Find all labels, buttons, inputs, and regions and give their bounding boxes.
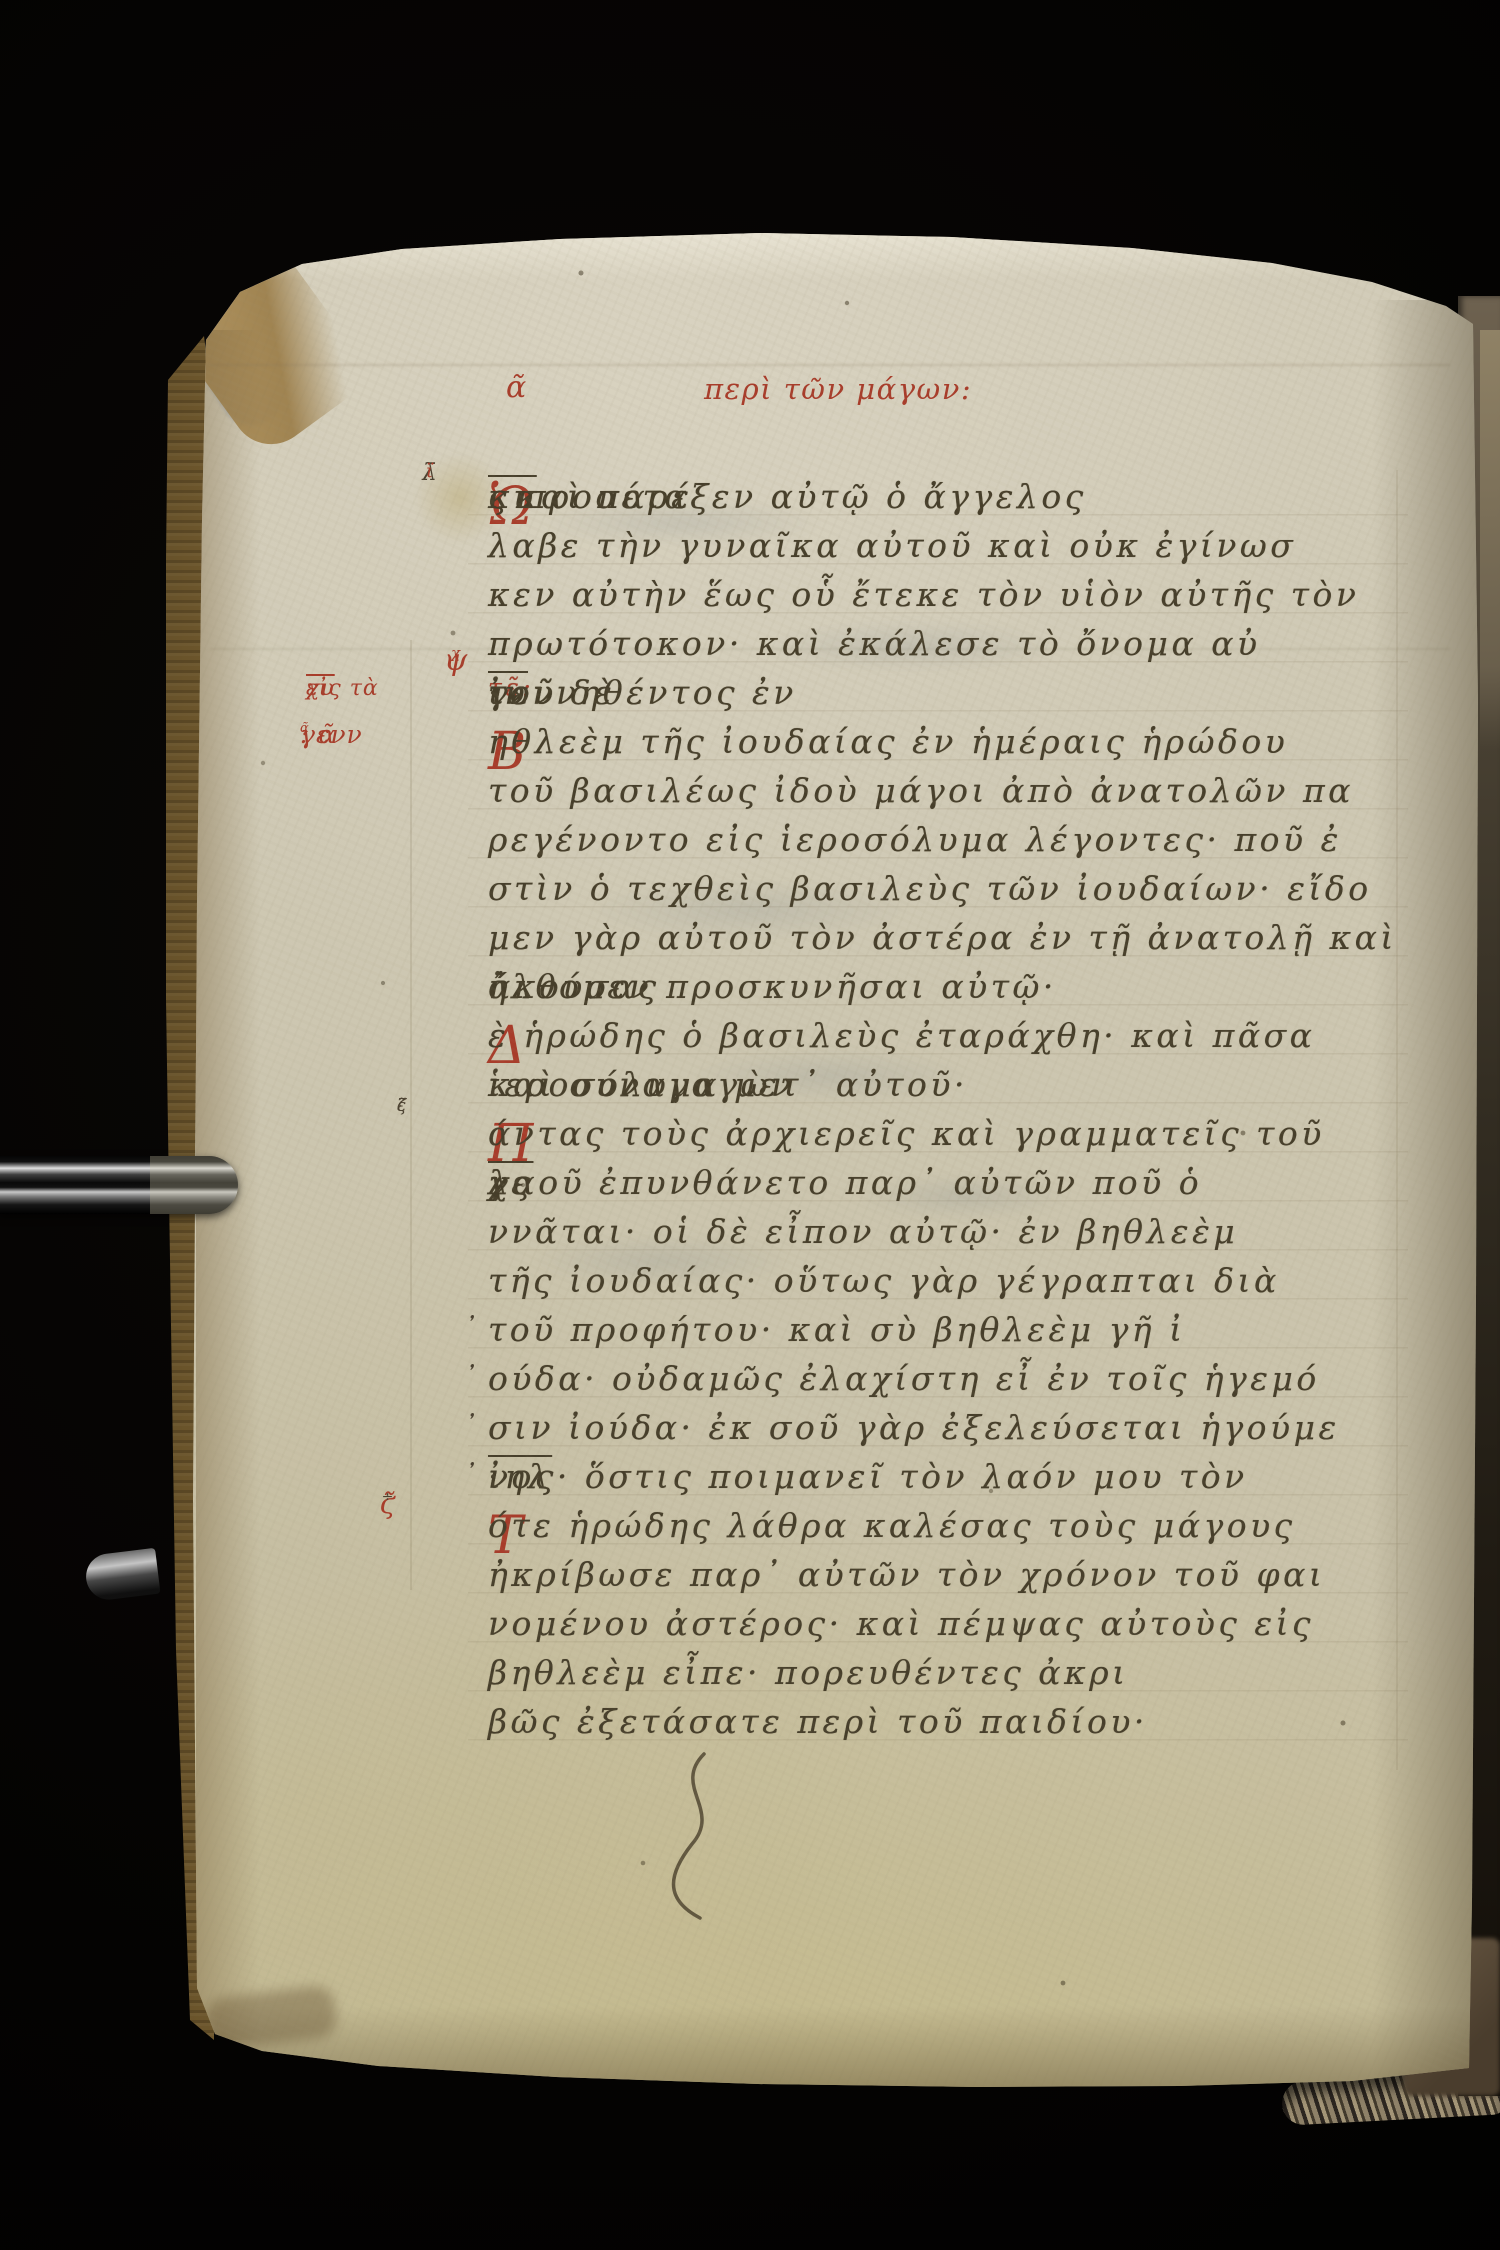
margin-glyph: ζ xyxy=(397,1098,407,1115)
text-line: ρεγένοντο εἰς ἱεροσόλυμα λέγοντες· ποῦ ἐ xyxy=(488,820,1418,869)
text-segment: · xyxy=(488,1457,502,1496)
text-segment: καὶ συναγαγὼν xyxy=(488,1065,795,1104)
margin-glyph: χυ xyxy=(306,678,335,700)
kephalaion-number: ᾶ xyxy=(506,370,527,405)
rubric-initial: Β xyxy=(488,722,526,782)
text-segment: ούδα· οὐδαμῶς ἐλαχίστη εἶ ἐν τοῖς ἡγεμό xyxy=(488,1359,1320,1398)
text-segment: πρωτότοκον· καὶ ἐκάλεσε τὸ ὄνομα αὐ xyxy=(488,624,1261,663)
nomen-sacrum: κυ xyxy=(488,477,537,516)
text-segment: στὶν ὁ τεχθεὶς βασιλεὺς τῶν ἰουδαίων· εἴ… xyxy=(488,869,1372,908)
bottom-left-stain xyxy=(203,1984,338,2051)
text-segment: γε xyxy=(488,1163,532,1202)
fold-line xyxy=(210,648,1450,650)
glass-weight-rod xyxy=(0,1156,238,1214)
margin-glyph: ᾽ xyxy=(464,1414,478,1440)
text-line: ἱεροσόλυμα μετ᾽ αὐτοῦ·καὶ συναγαγὼν xyxy=(488,1065,1418,1114)
text-line: Τότε ἡρώδης λάθρα καλέσας τοὺς μάγους xyxy=(488,1506,1418,1555)
text-line: βῶς ἐξετάσατε περὶ τοῦ παιδίου· xyxy=(488,1702,1418,1751)
text-line: ἠκρίβωσε παρ᾽ αὐτῶν τὸν χρόνον τοῦ φαι xyxy=(488,1555,1418,1604)
nomen-sacrum: χς xyxy=(488,1163,533,1202)
margin-ruling-line xyxy=(410,640,412,1590)
text-segment: σιν ἰούδα· ἐκ σοῦ γὰρ ἐξελεύσεται ἡγούμε xyxy=(488,1408,1340,1447)
photo-background: ᾶ περὶ τῶν μάγων: Ὡς προσέταξεν αὐτῷ ὁ ἄ… xyxy=(0,0,1500,2250)
margin-glyph: εἰς τὰ xyxy=(306,678,379,700)
rubric-initial: Δ xyxy=(488,1016,526,1076)
text-line: τοῦ προφήτου· καὶ σὺ βηθλεὲμ γῆ ἰ xyxy=(488,1310,1418,1359)
nomen-sacrum: ἰυ xyxy=(488,673,528,712)
horizontal-ruling xyxy=(468,514,1408,1749)
text-line: τῆς ἰουδαίας· οὕτως γὰρ γέγραπται διὰ xyxy=(488,1261,1418,1310)
text-segment: κεν αὐτὴν ἕως οὗ ἔτεκε τὸν υἱὸν αὐτῆς τὸ… xyxy=(488,575,1359,614)
text-segment: μεν γὰρ αὐτοῦ τὸν ἀστέρα ἐν τῇ ἀνατολῇ κ… xyxy=(488,918,1397,957)
rubric-initial: Π xyxy=(488,1114,533,1174)
margin-ruling-line xyxy=(1396,470,1398,1770)
text-line: βηθλεὲμ εἶπε· πορευθέντες ἀκρι xyxy=(488,1653,1418,1702)
text-segment: τε̃: xyxy=(488,673,534,702)
text-segment: βηθλεὲμ εἶπε· πορευθέντες ἀκρι xyxy=(488,1653,1129,1692)
text-segment: ηθλεὲμ τῆς ἰουδαίας ἐν ἡμέραις ἡρώδου xyxy=(488,722,1288,761)
text-segment: νος· ὅστις ποιμανεῖ τὸν λαόν μου τὸν xyxy=(488,1457,1248,1496)
margin-glyph: ÷ xyxy=(382,1490,395,1504)
text-segment: τοῦ xyxy=(488,673,557,712)
text-segment: ρεγένοντο εἰς ἱεροσόλυμα λέγοντες· ποῦ ἐ xyxy=(488,820,1342,859)
damaged-corner-sheen xyxy=(139,245,293,437)
ink-showthrough xyxy=(860,1175,1070,1219)
text-segment: λαβε τὴν γυναῖκα αὐτοῦ καὶ οὐκ ἐγίνωσ xyxy=(488,526,1296,565)
text-segment: τῆς ἰουδαίας· οὕτως γὰρ γέγραπται διὰ xyxy=(488,1261,1280,1300)
text-line: σιν ἰούδα· ἐκ σοῦ γὰρ ἐξελεύσεται ἡγούμε xyxy=(488,1408,1418,1457)
margin-glyph: χ xyxy=(451,646,461,661)
text-segment: ἤλθομεν προσκυνῆσαι αὐτῷ· xyxy=(488,967,1057,1006)
page-shadow-right xyxy=(1372,300,1478,2090)
margin-glyph: ψ xyxy=(444,646,469,676)
text-line: Δὲ ἡρώδης ὁ βασιλεὺς ἐταράχθη· καὶ πᾶσα xyxy=(488,1016,1418,1065)
text-line: νος· ὅστις ποιμανεῖ τὸν λαόν μου τὸν ἰηλ… xyxy=(488,1457,1418,1506)
margin-glyph: ϊ xyxy=(426,462,434,481)
text-segment: λαοῦ ἐπυνθάνετο παρ᾽ αὐτῶν ποῦ ὁ xyxy=(488,1163,1202,1202)
text-line: τοῦ βασιλέως ἰδοὺ μάγοι ἀπὸ ἀνατολῶν πα xyxy=(488,771,1418,820)
text-segment: · καὶ παρέ xyxy=(488,477,692,516)
ink-stain xyxy=(414,452,506,544)
text-segment: νομένου ἀστέρος· καὶ πέμψας αὐτοὺς εἰς xyxy=(488,1604,1314,1643)
margin-glyph: ϛ̃ xyxy=(380,1490,397,1518)
text-segment: ότε ἡρώδης λάθρα καλέσας τοὺς μάγους xyxy=(488,1506,1296,1545)
text-segment: βῶς ἐξετάσατε περὶ τοῦ παιδίου· xyxy=(488,1702,1148,1741)
margin-glyph: γενν xyxy=(300,722,363,747)
nomen-sacrum: ἰν xyxy=(488,673,528,712)
ink-showthrough xyxy=(590,880,910,940)
text-line: ἤλθομεν προσκυνῆσαι αὐτῷ·ἀκούσας xyxy=(488,967,1418,1016)
text-segment: άντας τοὺς ἀρχιερεῖς καὶ γραμματεῖς τοῦ xyxy=(488,1114,1325,1153)
text-line: Βηθλεὲμ τῆς ἰουδαίας ἐν ἡμέραις ἡρώδου xyxy=(488,722,1418,771)
ink-showthrough xyxy=(760,620,1060,672)
text-segment: τοῦ δὲ xyxy=(488,673,615,712)
page-shadow-bottom xyxy=(200,2006,1478,2090)
margin-glyph: ᾽ xyxy=(464,1463,478,1489)
text-segment: ννᾶται· οἱ δὲ εἶπον αὐτῷ· ἐν βηθλεὲμ xyxy=(488,1212,1238,1251)
margin-glyph: λ̄ xyxy=(422,462,438,485)
margin-glyph: ᾶ xyxy=(300,722,310,735)
margin-glyph: ᾽ xyxy=(464,1365,478,1391)
text-segment: ὲ ἡρώδης ὁ βασιλεὺς ἐταράχθη· καὶ πᾶσα xyxy=(488,1016,1315,1055)
rubric-initial: Τ xyxy=(488,1506,523,1566)
glass-weight-rod-tip xyxy=(150,1156,238,1214)
fold-line xyxy=(210,364,1450,366)
text-segment: ἱεροσόλυμα μετ᾽ αὐτοῦ· xyxy=(488,1065,968,1104)
kephalaion-title: περὶ τῶν μάγων: xyxy=(704,372,972,406)
text-line: τοῦ ἰν · τε̃:τοῦ δὲ ἰυ γεννηθέντος ἐν xyxy=(488,673,1418,722)
text-line: ννᾶται· οἱ δὲ εἶπον αὐτῷ· ἐν βηθλεὲμ xyxy=(488,1212,1418,1261)
text-line: Πάντας τοὺς ἀρχιερεῖς καὶ γραμματεῖς τοῦ xyxy=(488,1114,1418,1163)
facing-page-edge xyxy=(1480,330,1500,750)
text-line: Ὡς προσέταξεν αὐτῷ ὁ ἄγγελος κυ· καὶ παρ… xyxy=(488,477,1418,526)
text-segment: ἠκρίβωσε παρ᾽ αὐτῶν τὸν χρόνον τοῦ φαι xyxy=(488,1555,1325,1594)
metal-clip xyxy=(83,1548,160,1602)
text-line: λαβε τὴν γυναῖκα αὐτοῦ καὶ οὐκ ἐγίνωσ xyxy=(488,526,1418,575)
manuscript-page: ᾶ περὶ τῶν μάγων: Ὡς προσέταξεν αὐτῷ ὁ ἄ… xyxy=(0,0,1500,2250)
text-segment: ἀκούσας xyxy=(488,967,660,1006)
margin-glyph: ᾽ xyxy=(464,1316,478,1342)
ink-showthrough xyxy=(540,500,820,546)
text-line: στὶν ὁ τεχθεὶς βασιλεὺς τῶν ἰουδαίων· εἴ… xyxy=(488,869,1418,918)
text-line: ούδα· οὐδαμῶς ἐλαχίστη εἶ ἐν τοῖς ἡγεμό xyxy=(488,1359,1418,1408)
ink-showthrough xyxy=(530,1235,790,1287)
nomen-sacrum: ἰηλ xyxy=(488,1457,552,1496)
page-highlight-top xyxy=(200,228,1470,280)
text-line: μεν γὰρ αὐτοῦ τὸν ἀστέρα ἐν τῇ ἀνατολῇ κ… xyxy=(488,918,1418,967)
text-segment: γεννηθέντος ἐν xyxy=(488,673,797,712)
text-line: πρωτότοκον· καὶ ἐκάλεσε τὸ ὄνομα αὐ xyxy=(488,624,1418,673)
parchment-specks xyxy=(0,0,2,2)
ink-showthrough xyxy=(690,1050,970,1102)
margin-glyph: : ᾶ xyxy=(300,722,336,747)
text-segment: · xyxy=(488,673,502,712)
text-line: νομένου ἀστέρος· καὶ πέμψας αὐτοὺς εἰς xyxy=(488,1604,1418,1653)
text-line: κεν αὐτὴν ἕως οὗ ἔτεκε τὸν υἱὸν αὐτῆς τὸ… xyxy=(488,575,1418,624)
text-segment: ς προσέταξεν αὐτῷ ὁ ἄγγελος xyxy=(488,477,1087,516)
margin-glyph: · xyxy=(385,1490,390,1504)
text-segment: τοῦ βασιλέως ἰδοὺ μάγοι ἀπὸ ἀνατολῶν πα xyxy=(488,771,1354,810)
margin-glyph: ε̃ xyxy=(397,1098,407,1115)
text-block: Ὡς προσέταξεν αὐτῷ ὁ ἄγγελος κυ· καὶ παρ… xyxy=(0,0,1500,2250)
rubric-initial: Ὡ xyxy=(488,477,533,537)
marginalia: λ̄ϊεἰς τὰ χυχψγεννᾶ: ᾶε̃ζ᾽᾽᾽᾽ϛ̃÷· xyxy=(0,0,1500,2250)
text-segment: τοῦ προφήτου· καὶ σὺ βηθλεὲμ γῆ ἰ xyxy=(488,1310,1186,1349)
pen-flourish xyxy=(642,1752,762,1924)
text-line: λαοῦ ἐπυνθάνετο παρ᾽ αὐτῶν ποῦ ὁ χς γε xyxy=(488,1163,1418,1212)
